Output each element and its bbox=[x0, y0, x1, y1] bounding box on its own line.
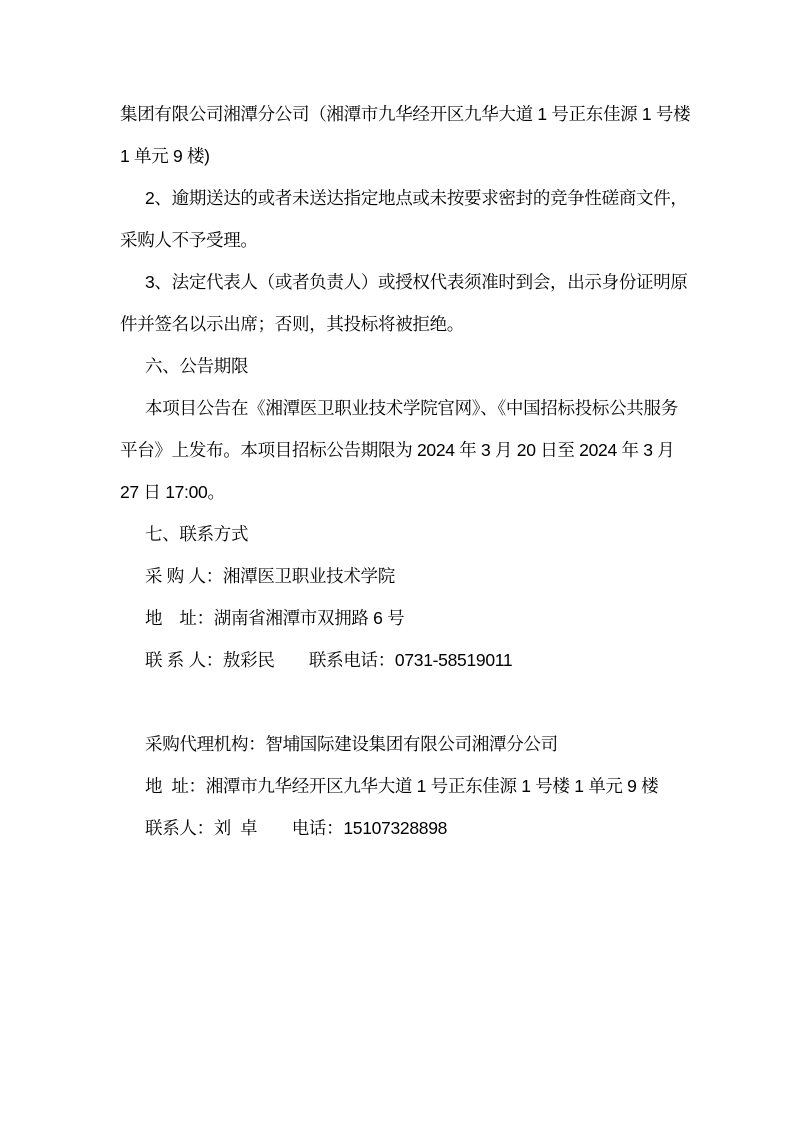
paragraph-line: 2、逾期送达的或者未送达指定地点或未按要求密封的竞争性磋商文件， bbox=[120, 177, 680, 219]
paragraph-line: 集团有限公司湘潭分公司（湘潭市九华经开区九华大道 1 号正东佳源 1 号楼 bbox=[120, 93, 680, 135]
section-heading: 六、公告期限 bbox=[120, 345, 680, 387]
paragraph-line: 平台》上发布。本项目招标公告期限为 2024 年 3 月 20 日至 2024 … bbox=[120, 429, 680, 471]
paragraph-line: 1 单元 9 楼) bbox=[120, 135, 680, 177]
paragraph-line: 联 系 人：敖彩民 联系电话：0731-58519011 bbox=[120, 639, 680, 681]
paragraph-line: 3、法定代表人（或者负责人）或授权代表须准时到会，出示身份证明原 bbox=[120, 261, 680, 303]
paragraph-line: 件并签名以示出席；否则，其投标将被拒绝。 bbox=[120, 303, 680, 345]
paragraph-line: 地 址：湘潭市九华经开区九华大道 1 号正东佳源 1 号楼 1 单元 9 楼 bbox=[120, 765, 680, 807]
paragraph-line: 地 址：湖南省湘潭市双拥路 6 号 bbox=[120, 597, 680, 639]
document-page: 集团有限公司湘潭分公司（湘潭市九华经开区九华大道 1 号正东佳源 1 号楼1 单… bbox=[0, 0, 793, 1122]
paragraph-line: 采购代理机构：智埔国际建设集团有限公司湘潭分公司 bbox=[120, 723, 680, 765]
document-text-block: 集团有限公司湘潭分公司（湘潭市九华经开区九华大道 1 号正东佳源 1 号楼1 单… bbox=[120, 93, 680, 849]
paragraph-line: 采购人不予受理。 bbox=[120, 219, 680, 261]
paragraph-line: 本项目公告在《湘潭医卫职业技术学院官网》、《中国招标投标公共服务 bbox=[120, 387, 680, 429]
paragraph-line: 采 购 人：湘潭医卫职业技术学院 bbox=[120, 555, 680, 597]
paragraph-line: 联系人：刘 卓 电话：15107328898 bbox=[120, 807, 680, 849]
paragraph-line: 27 日 17:00。 bbox=[120, 471, 680, 513]
blank-line bbox=[120, 681, 680, 723]
section-heading: 七、联系方式 bbox=[120, 513, 680, 555]
